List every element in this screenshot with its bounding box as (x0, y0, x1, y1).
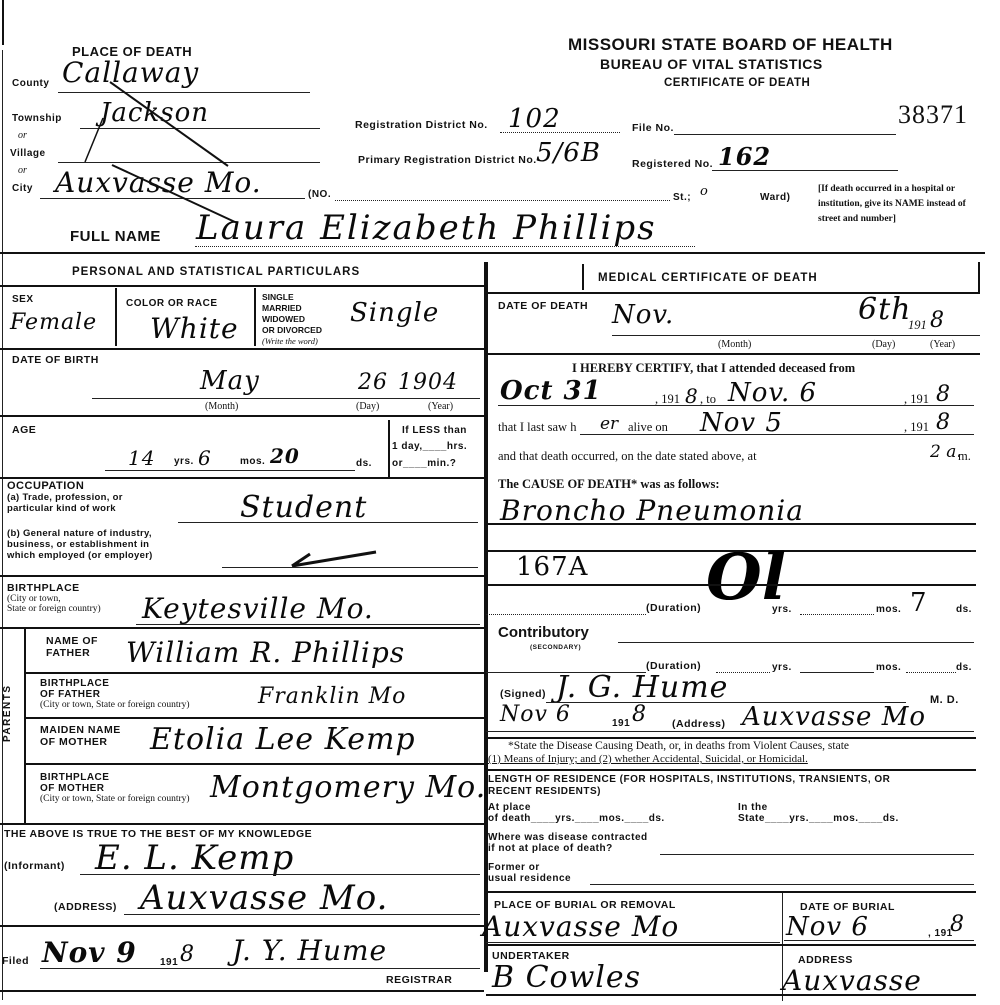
to-year: 8 (936, 382, 951, 407)
address-line (486, 731, 974, 732)
informant-value: E. L. Kemp (95, 838, 294, 878)
street-line (335, 200, 670, 201)
divider (486, 891, 976, 893)
divider (0, 415, 484, 417)
occupation-value: Student (240, 490, 367, 525)
occupation-heading: OCCUPATION (7, 481, 123, 492)
less-than-day-2: 1 day,____hrs. (392, 441, 467, 452)
marital-option: SINGLE (262, 292, 322, 303)
birthplace-value: Keytesville Mo. (142, 592, 374, 625)
registrar-signature: J. Y. Hume (232, 934, 387, 967)
former-label-1: Former or (488, 862, 571, 873)
at-place-label: At place of death____yrs.____mos.____ds. (488, 802, 665, 824)
time-of-death: 2 a. (930, 442, 962, 462)
duration-ds-label-2: ds. (956, 662, 972, 673)
occupation-a-label: particular kind of work (7, 503, 123, 514)
sex-value: Female (10, 310, 97, 335)
attended-from: Oct 31 (500, 376, 602, 406)
divider (388, 420, 390, 478)
divider (486, 353, 980, 355)
father-birthplace-value: Franklin Mo (258, 684, 406, 709)
registered-no-value: 162 (718, 142, 771, 171)
attended-to: Nov. 6 (728, 378, 817, 408)
divider (254, 288, 256, 346)
contracted-line (660, 854, 974, 855)
occupation-a-label: (a) Trade, profession, or (7, 492, 123, 503)
informant-address-label: (ADDRESS) (54, 901, 117, 913)
cause-line (486, 523, 976, 525)
divider (0, 575, 484, 577)
dod-day: 6th (858, 292, 911, 327)
in-state-label: In the State____yrs.____mos.____ds. (738, 802, 899, 824)
dod-month: Nov. (612, 300, 674, 330)
father-birthplace-hint: (City or town, State or foreign country) (40, 700, 190, 711)
personal-heading: PERSONAL AND STATISTICAL PARTICULARS (72, 266, 360, 278)
physician-address-value: Auxvasse Mo (742, 702, 926, 732)
mother-label: OF MOTHER (40, 736, 121, 748)
last-saw-pronoun: er (600, 414, 618, 434)
divider (0, 348, 484, 350)
duration-mos-line (800, 614, 874, 615)
informant-line (80, 874, 480, 875)
contributory-line (618, 642, 974, 643)
father-birthplace-labels: BIRTHPLACE OF FATHER (City or town, Stat… (40, 678, 190, 711)
divider (486, 769, 976, 771)
right-border (978, 262, 980, 292)
divider (115, 288, 117, 346)
divider (0, 477, 484, 479)
industry-line (222, 567, 478, 568)
m-label: m. (958, 449, 971, 464)
birthplace-label: BIRTHPLACE (7, 583, 101, 594)
parents-divider (24, 627, 26, 825)
divider (0, 285, 484, 287)
full-name-line (195, 246, 695, 247)
mother-birthplace-hint: (City or town, State or foreign country) (40, 794, 190, 805)
occupation-labels: OCCUPATION (a) Trade, profession, or par… (7, 481, 123, 514)
registered-no-label: Registered No. (632, 158, 713, 170)
mother-name-labels: MAIDEN NAME OF MOTHER (40, 724, 121, 748)
mother-label: MAIDEN NAME (40, 724, 121, 736)
in-state-label-1: In the (738, 802, 899, 813)
registration-district-label: Registration District No. (355, 119, 488, 131)
dod-year: 8 (930, 308, 945, 333)
divider (0, 990, 484, 992)
dob-year: 1904 (398, 370, 458, 395)
informant-label: (Informant) (4, 860, 65, 872)
duration-ds-line-2 (906, 672, 956, 673)
footnote-2: (1) Means of Injury; and (2) whether Acc… (488, 753, 808, 765)
birthplace-hint: (City or town, (7, 594, 101, 604)
dod-line (612, 335, 980, 336)
father-birthplace-label: BIRTHPLACE (40, 678, 190, 689)
md-label: M. D. (930, 694, 959, 706)
age-yrs-label: yrs. (174, 456, 194, 467)
filed-label: Filed (2, 955, 29, 967)
divider (24, 672, 484, 674)
divider (24, 763, 484, 765)
attended-line (498, 405, 974, 406)
marital-option: MARRIED (262, 303, 322, 314)
in-state-label-2: State____yrs.____mos.____ds. (738, 813, 899, 824)
industry-labels: (b) General nature of industry, business… (7, 528, 153, 561)
filed-date: Nov 9 (42, 936, 137, 969)
duration-mos-label-2: mos. (876, 662, 901, 673)
cause-label: The CAUSE OF DEATH* was as follows: (498, 477, 720, 492)
dob-day: 26 (358, 370, 388, 395)
registrar-label: REGISTRAR (386, 974, 452, 986)
hospital-note: [If death occurred in a hospital or inst… (818, 182, 978, 227)
former-residence-line (590, 884, 974, 885)
duration-yrs-label-2: yrs. (772, 662, 792, 673)
duration-days: 7 (910, 588, 928, 618)
dob-line (92, 398, 480, 399)
cross-out-strokes (0, 0, 360, 240)
filed-line (40, 968, 480, 969)
age-label: AGE (12, 424, 36, 436)
duration-yrs-label: yrs. (772, 604, 792, 615)
at-place-label-2: of death____yrs.____mos.____ds. (488, 813, 665, 824)
certificate-title: CERTIFICATE OF DEATH (664, 77, 810, 89)
last-saw-line (580, 434, 974, 435)
marital-options: SINGLE MARRIED WIDOWED OR DIVORCED (Writ… (262, 292, 322, 346)
birthplace-line (136, 624, 480, 625)
birthplace-hint: State or foreign country) (7, 604, 101, 614)
less-than-day-1: If LESS than (402, 425, 467, 436)
age-mos-label: mos. (240, 456, 265, 467)
mother-birthplace-label: OF MOTHER (40, 783, 190, 794)
cause-line (486, 584, 976, 586)
age-years: 14 (128, 446, 155, 470)
mother-birthplace-label: BIRTHPLACE (40, 772, 190, 783)
informant-address-value: Auxvasse Mo. (140, 878, 388, 918)
divider (0, 823, 484, 825)
contributory-label: Contributory (498, 624, 589, 641)
primary-district-value: 5/6B (536, 138, 601, 168)
divider (24, 717, 484, 719)
signed-year-prefix: 191 (612, 718, 630, 729)
marital-option: OR DIVORCED (262, 325, 322, 336)
residence-heading-1: LENGTH OF RESIDENCE (FOR HOSPITALS, INST… (488, 774, 890, 785)
duration-ds-label: ds. (956, 604, 972, 615)
former-label-2: usual residence (488, 873, 571, 884)
divider (0, 925, 484, 927)
last-saw-label: that I last saw h (498, 420, 576, 435)
file-no-line (674, 134, 896, 135)
medical-heading: MEDICAL CERTIFICATE OF DEATH (598, 272, 818, 284)
registration-district-line (500, 132, 620, 133)
dob-month: May (200, 366, 260, 396)
divider (486, 944, 976, 946)
filed-year: 8 (180, 942, 195, 967)
former-residence-label: Former or usual residence (488, 862, 571, 884)
physician-signature: J. G. Hume (556, 670, 728, 705)
last-saw-year-prefix: , 191 (904, 420, 929, 435)
dod-month-caption: (Month) (718, 339, 751, 350)
secondary-label: (SECONDARY) (530, 644, 581, 651)
month-caption: (Month) (205, 401, 238, 412)
alive-on-label: alive on (628, 420, 668, 435)
duration-mos-line-2 (800, 672, 874, 673)
at-place-label-1: At place (488, 802, 665, 813)
file-no-label: File No. (632, 122, 674, 134)
signed-date: Nov 6 (500, 702, 571, 727)
section-divider (0, 252, 985, 254)
street-label: St.; (673, 192, 691, 203)
occupation-line (178, 522, 478, 523)
residence-heading-2: RECENT RESIDENTS) (488, 786, 601, 797)
burial-place-value: Auxvasse Mo (482, 910, 679, 943)
state-board-title: MISSOURI STATE BOARD OF HEALTH (568, 35, 893, 55)
father-label: FATHER (46, 647, 98, 659)
birthplace-labels: BIRTHPLACE (City or town, State or forei… (7, 583, 101, 614)
duration-mos-label: mos. (876, 604, 901, 615)
footnote-1: *State the Disease Causing Death, or, in… (508, 740, 849, 752)
primary-district-label: Primary Registration District No. (358, 154, 537, 166)
cause-code: 167A (516, 552, 588, 582)
contracted-label: Where was disease contracted if not at p… (488, 832, 648, 854)
file-no-value: 38371 (898, 100, 968, 130)
physician-address-label: (Address) (672, 718, 726, 730)
father-name-value: William R. Phillips (126, 636, 405, 669)
bottom-border (486, 994, 976, 996)
parents-side-label: PARENTS (2, 684, 13, 742)
burial-date-line (784, 940, 974, 941)
duration-label: (Duration) (646, 602, 701, 614)
father-name-labels: NAME OF FATHER (46, 635, 98, 659)
dob-label: DATE OF BIRTH (12, 354, 99, 366)
contracted-label-2: if not at place of death? (488, 843, 648, 854)
dod-year-caption: (Year) (930, 339, 955, 350)
marital-hint: (Write the word) (262, 336, 322, 346)
father-birthplace-label: OF FATHER (40, 689, 190, 700)
marital-option: WIDOWED (262, 314, 322, 325)
burial-date-value: Nov 6 (786, 912, 869, 942)
filed-year-prefix: 191 (160, 957, 178, 968)
burial-place-line (486, 942, 780, 943)
registered-no-line (712, 170, 898, 171)
undertaker-address-value: Auxvasse (782, 964, 922, 997)
burial-year: 8 (950, 912, 965, 937)
marital-value: Single (350, 298, 439, 328)
mother-birthplace-value: Montgomery Mo. (210, 770, 486, 805)
industry-label: (b) General nature of industry, (7, 528, 153, 539)
full-name-value: Laura Elizabeth Phillips (196, 208, 657, 248)
mother-name-value: Etolia Lee Kemp (150, 722, 416, 757)
ward-value: o (700, 184, 708, 199)
dod-year-prefix: 191 (908, 318, 927, 333)
race-value: White (150, 312, 239, 345)
less-than-day-3: or____min.? (392, 458, 456, 469)
age-ds-label: ds. (356, 458, 372, 469)
sex-label: SEX (12, 294, 34, 305)
last-saw-year: 8 (936, 410, 951, 435)
signed-label: (Signed) (500, 688, 546, 700)
certify-text: I HEREBY CERTIFY, that I attended deceas… (572, 361, 855, 376)
registration-district-value: 102 (508, 104, 561, 134)
age-days: 20 (270, 444, 300, 468)
father-label: NAME OF (46, 635, 98, 647)
ward-label: Ward) (760, 192, 790, 203)
day-caption: (Day) (356, 401, 379, 412)
undertaker-value: B Cowles (492, 960, 641, 995)
age-line (105, 470, 355, 471)
age-months: 6 (198, 446, 212, 470)
industry-label: business, or establishment in (7, 539, 153, 550)
full-name-label: FULL NAME (70, 228, 161, 245)
bureau-title: BUREAU OF VITAL STATISTICS (600, 56, 823, 72)
industry-label: which employed (or employer) (7, 550, 153, 561)
informant-address-line (124, 914, 480, 915)
race-label: COLOR OR RACE (126, 298, 218, 309)
dod-label: DATE OF DEATH (498, 300, 588, 312)
year-caption: (Year) (428, 401, 453, 412)
signed-year: 8 (632, 702, 647, 727)
duration-line (486, 614, 646, 615)
divider (582, 264, 584, 290)
mother-birthplace-labels: BIRTHPLACE OF MOTHER (City or town, Stat… (40, 772, 190, 805)
divider (0, 627, 484, 629)
dod-day-caption: (Day) (872, 339, 895, 350)
divider (486, 737, 976, 739)
occurred-text: and that death occurred, on the date sta… (498, 449, 757, 464)
contracted-label-1: Where was disease contracted (488, 832, 648, 843)
